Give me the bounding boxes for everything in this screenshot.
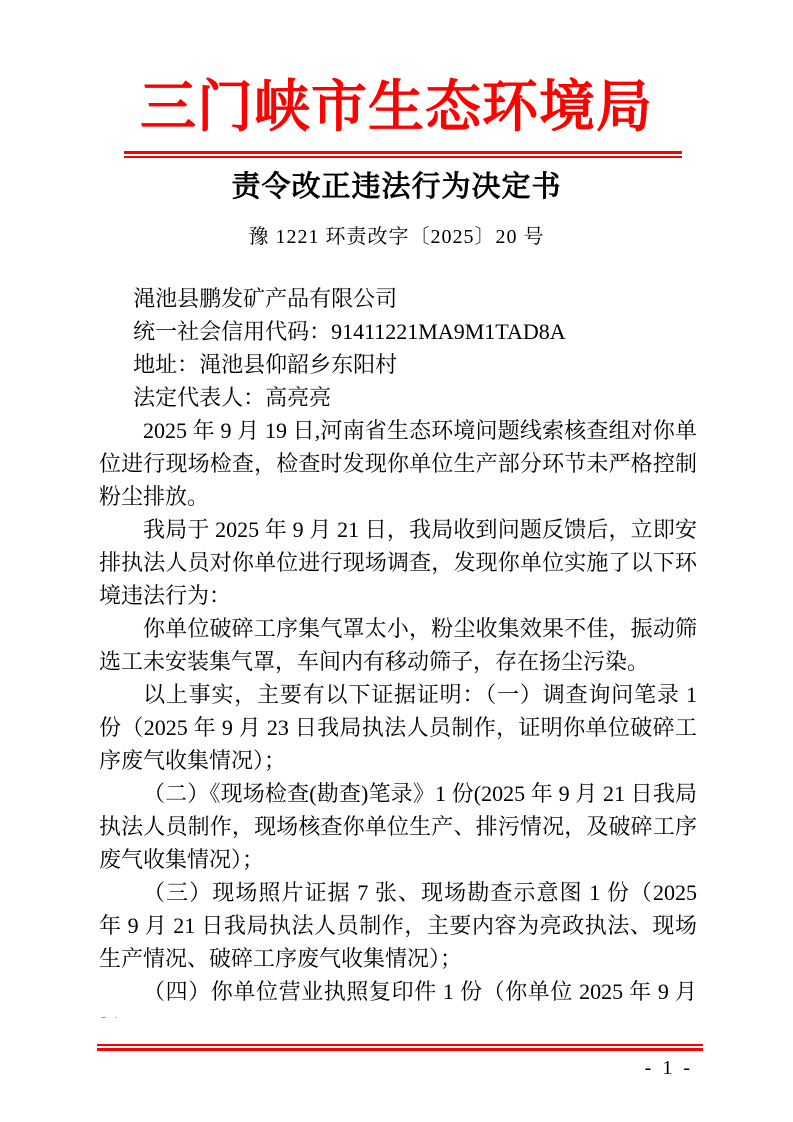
paragraph-violation: 你单位破碎工序集气罩太小，粉尘收集效果不佳，振动筛选工未安装集气罩，车间内有移动… (99, 612, 697, 678)
paragraph-evidence-4: （四）你单位营业执照复印件 1 份（你单位 2025 年 9 月 21 (99, 975, 697, 1018)
credit-code-line: 统一社会信用代码：91411221MA9M1TAD8A (99, 315, 697, 348)
header-rule-bottom-bar (124, 156, 682, 158)
paragraph-investigation: 我局于 2025 年 9 月 21 日，我局收到问题反馈后，立即安排执法人员对你… (99, 513, 697, 612)
legal-representative-line: 法定代表人：高亮亮 (99, 381, 697, 414)
paragraph-evidence-1: 以上事实，主要有以下证据证明：（一）调查询问笔录 1 份（2025 年 9 月 … (99, 678, 697, 777)
header-double-rule (124, 151, 682, 158)
address-line: 地址：渑池县仰韶乡东阳村 (99, 348, 697, 381)
footer-rule-bottom-bar (97, 1048, 703, 1051)
recipient-company-line: 渑池县鹏发矿产品有限公司 (99, 282, 697, 315)
page-number: - 1 - (645, 1055, 693, 1081)
paragraph-evidence-3: （三）现场照片证据 7 张、现场勘查示意图 1 份（2025 年 9 月 21 … (99, 876, 697, 975)
paragraph-inspection: 2025 年 9 月 19 日,河南省生态环境问题线索核查组对你单位进行现场检查… (99, 414, 697, 513)
document-number: 豫 1221 环责改字〔2025〕20 号 (0, 222, 793, 252)
agency-title: 三门峡市生态环境局 (0, 76, 793, 140)
paragraph-evidence-2: （二）《现场检查(勘查)笔录》1 份(2025 年 9 月 21 日我局执法人员… (99, 777, 697, 876)
document-body: 渑池县鹏发矿产品有限公司 统一社会信用代码：91411221MA9M1TAD8A… (99, 282, 697, 1018)
footer-double-rule (97, 1044, 703, 1051)
document-page: 三门峡市生态环境局 责令改正违法行为决定书 豫 1221 环责改字〔2025〕2… (0, 0, 793, 1122)
document-title: 责令改正违法行为决定书 (0, 167, 793, 207)
